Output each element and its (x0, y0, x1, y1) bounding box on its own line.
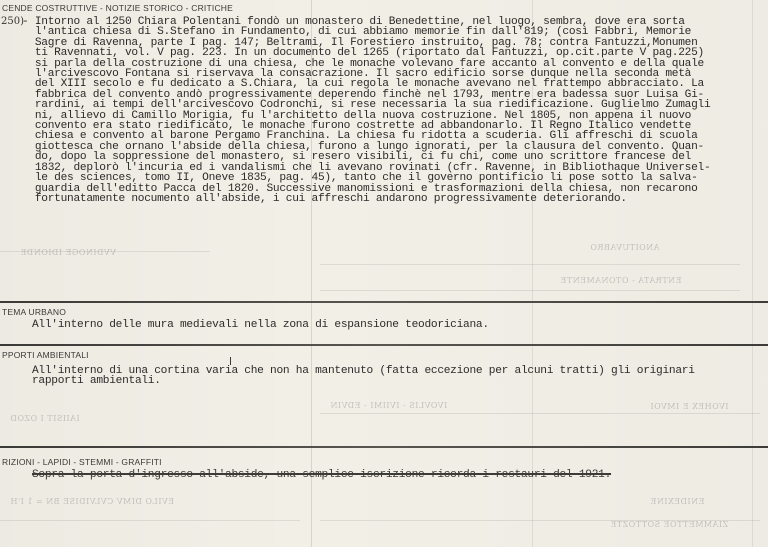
document-page: CENDE COSTRUTTIVE - NOTIZIE STORICO - CR… (0, 0, 768, 547)
bleed-through-text: IVOVLIS - IVIIMI - EDVIN (330, 401, 447, 410)
section-label-rapporti-ambientali: PPORTI AMBIENTALI (2, 350, 89, 360)
bleed-through-text: ENTRATA - OTONAMENTE (560, 276, 681, 285)
bleed-through-text: VVDINOGE IDIONDE (20, 248, 116, 257)
environmental-relations-text: All'interno di una cortina varia che non… (32, 366, 695, 387)
section-label-iscrizioni: RIZIONI - LAPIDI - STEMMI - GRAFFITI (2, 457, 162, 467)
bleed-through-text: IAIISIT I OZOD (10, 414, 80, 423)
bleed-through-line (752, 0, 753, 547)
section-divider (0, 301, 768, 303)
bleed-through-text: ZIAMMETTOE SOTTOZTE (610, 520, 728, 529)
section-divider (0, 344, 768, 346)
bleed-through-text: ANOITUVABRO (590, 243, 660, 252)
inscriptions-text-struck: Sopra la porta d'ingresso all'abside, un… (32, 470, 611, 480)
bleed-through-text: EVILO DIMV CVLVIDISE BN = 1 I'H (10, 497, 174, 506)
section-label-vicende: CENDE COSTRUTTIVE - NOTIZIE STORICO - CR… (2, 3, 233, 13)
historical-notes-text: - Intorno al 1250 Chiara Polentani fondò… (22, 17, 710, 204)
bleed-through-line (320, 413, 760, 414)
urban-theme-text: All'interno delle mura medievali nella z… (32, 320, 489, 330)
bleed-through-text: IVOHEX E IMVOI (650, 402, 729, 411)
bleed-through-line (320, 290, 740, 291)
bleed-through-line (0, 520, 300, 521)
reference-mark: 250) (1, 16, 24, 27)
section-divider (0, 446, 768, 448)
pen-mark (230, 357, 231, 365)
bleed-through-text: ENIDEXINE (650, 497, 704, 506)
bleed-through-line (320, 264, 740, 265)
section-label-tema-urbano: TEMA URBANO (2, 307, 66, 317)
